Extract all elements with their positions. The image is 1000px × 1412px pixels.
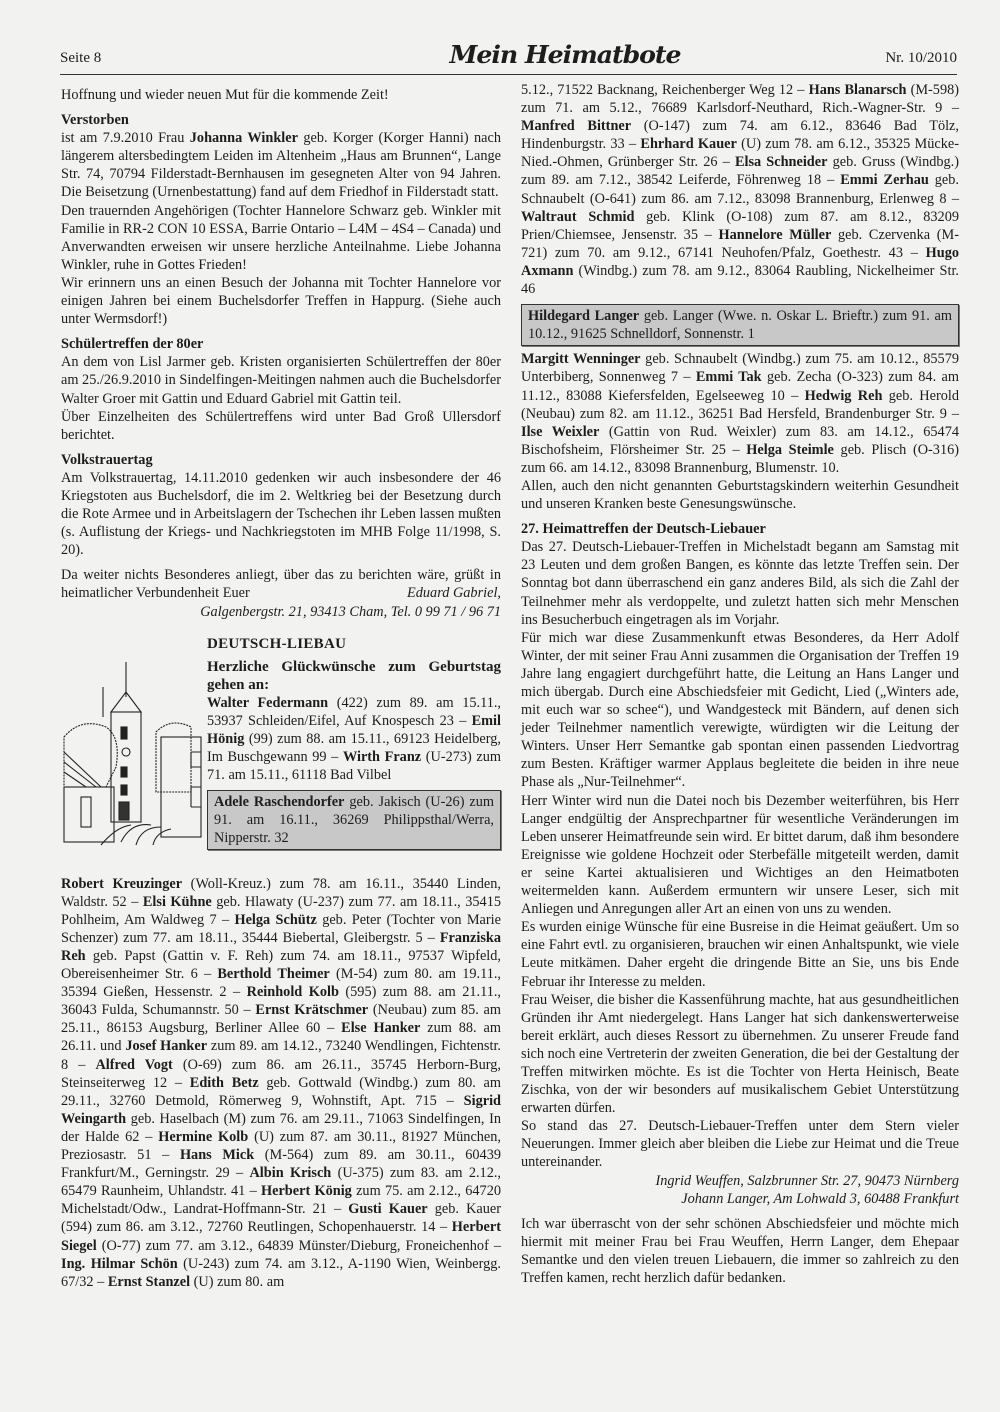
issue-number: Nr. 10/2010 — [885, 50, 957, 67]
person-name: Helga Schütz — [234, 912, 316, 928]
wishes-text: Allen, auch den nicht genannten Geburtst… — [521, 477, 959, 513]
person-name: Herbert König — [261, 1183, 352, 1199]
verstorben-p1: ist am 7.9.2010 Frau Johanna Winkler geb… — [61, 129, 501, 201]
person-name: Emmi Tak — [696, 369, 762, 385]
person-name: Edith Betz — [190, 1075, 259, 1091]
person-name: Adele Raschendorfer — [214, 794, 344, 810]
heimattreffen-p4: Es wurden einige Wünsche für eine Busrei… — [521, 918, 959, 990]
person-name: Margitt Wenninger — [521, 351, 641, 367]
signer-name: Eduard Gabriel, — [407, 584, 501, 602]
masthead-logo: Mein Heimatbote — [450, 40, 681, 69]
birthday-list-left: Robert Kreuzinger (Woll-Kreuz.) zum 78. … — [61, 875, 501, 1291]
birthday-list-right: 5.12., 71522 Backnang, Reichenberger Weg… — [521, 81, 959, 298]
person-name: Wirth Franz — [343, 749, 421, 765]
heimattreffen-heading: 27. Heimattreffen der Deutsch-Liebauer — [521, 520, 959, 538]
person-name: Ing. Hilmar Schön — [61, 1256, 178, 1272]
entry-text: (Windbg.) zum 78. am 9.12., 83064 Raubli… — [521, 263, 959, 297]
person-name: Waltraut Schmid — [521, 209, 634, 225]
birthday-list-more: Margitt Wenninger geb. Schnaubelt (Windb… — [521, 350, 959, 477]
heimattreffen-p6: So stand das 27. Deutsch-Liebauer-Treffe… — [521, 1117, 959, 1171]
left-column: Hoffnung und wieder neuen Mut für die ko… — [61, 86, 501, 1291]
volkstrauertag-p1: Am Volkstrauertag, 14.11.2010 gedenken w… — [61, 469, 501, 559]
schuelertreffen-heading: Schülertreffen der 80er — [61, 335, 501, 353]
entry-text: (U) zum 80. am — [190, 1274, 284, 1290]
person-name: Josef Hanker — [125, 1038, 207, 1054]
person-name: Hildegard Langer — [528, 308, 639, 324]
person-name: Reinhold Kolb — [247, 984, 339, 1000]
heimattreffen-p2: Für mich war diese Zusammenkunft etwas B… — [521, 629, 959, 792]
person-name: Hans Mick — [180, 1147, 254, 1163]
birthday-entries: Walter Federmann (422) zum 89. am 15.11.… — [207, 694, 501, 784]
verstorben-heading: Verstorben — [61, 111, 501, 129]
person-name: Emmi Zerhau — [840, 172, 929, 188]
person-name: Elsa Schneider — [735, 154, 828, 170]
person-name: Ehrhard Kauer — [640, 136, 736, 152]
heimattreffen-p3: Herr Winter wird nun die Datei noch bis … — [521, 792, 959, 919]
person-name: Helga Steimle — [746, 442, 834, 458]
birthday-greeting-heading: Herzliche Glückwünsche zum Geburtstag ge… — [207, 658, 501, 694]
entry-text: 5.12., 71522 Backnang, Reichenberger Weg… — [521, 82, 809, 98]
deutsch-liebau-title: DEUTSCH-LIEBAU — [207, 635, 501, 653]
signature-1: Ingrid Weuffen, Salzbrunner Str. 27, 904… — [521, 1172, 959, 1190]
intro-line: Hoffnung und wieder neuen Mut für die ko… — [61, 86, 501, 104]
person-name: Hermine Kolb — [158, 1129, 248, 1145]
text: ist am 7.9.2010 Frau — [61, 130, 190, 146]
person-name: Gusti Kauer — [348, 1201, 427, 1217]
person-name: Berthold Theimer — [217, 966, 329, 982]
heimattreffen-p1: Das 27. Deutsch-Liebauer-Treffen in Mich… — [521, 538, 959, 628]
schuelertreffen-p2: Über Einzelheiten des Schülertreffens wi… — [61, 408, 501, 444]
person-name: Hedwig Reh — [805, 388, 883, 404]
deutsch-liebau-text: DEUTSCH-LIEBAU Herzliche Glückwünsche zu… — [207, 635, 501, 855]
person-name: Robert Kreuzinger — [61, 876, 182, 892]
volkstrauertag-heading: Volkstrauertag — [61, 451, 501, 469]
thanks-text: Ich war überrascht von der sehr schönen … — [521, 1215, 959, 1287]
closing-text: Da weiter nichts Besonderes anliegt, übe… — [61, 566, 501, 602]
schuelertreffen-p1: An dem von Lisl Jarmer geb. Kristen orga… — [61, 353, 501, 407]
page-number: Seite 8 — [60, 50, 101, 67]
person-name: Elsi Kühne — [143, 894, 212, 910]
person-name: Hans Blanarsch — [809, 82, 907, 98]
person-name: Alfred Vogt — [95, 1057, 172, 1073]
deutsch-liebau-section: DEUTSCH-LIEBAU Herzliche Glückwünsche zu… — [61, 635, 501, 875]
person-name: Hannelore Müller — [719, 227, 832, 243]
verstorben-p3: Wir erinnern uns an einen Besuch der Joh… — [61, 274, 501, 328]
right-column: 5.12., 71522 Backnang, Reichenberger Weg… — [521, 81, 959, 1287]
signature-2: Johann Langer, Am Lohwald 3, 60488 Frank… — [521, 1190, 959, 1208]
person-name: Albin Krisch — [249, 1165, 331, 1181]
person-name: Manfred Bittner — [521, 118, 631, 134]
person-name: Ilse Weixler — [521, 424, 599, 440]
deceased-name: Johanna Winkler — [190, 130, 298, 146]
highlight-box-right: Hildegard Langer geb. Langer (Wwe. n. Os… — [521, 304, 959, 346]
verstorben-p2: Den trauernden Angehörigen (Tochter Hann… — [61, 202, 501, 274]
person-name: Else Hanker — [341, 1020, 420, 1036]
person-name: Walter Federmann — [207, 695, 328, 711]
person-name: Ernst Stanzel — [108, 1274, 190, 1290]
page-header: Seite 8 Mein Heimatbote Nr. 10/2010 — [60, 44, 957, 75]
highlight-box: Adele Raschendorfer geb. Jakisch (U-26) … — [207, 790, 501, 850]
entry-text: (O-77) zum 77. am 3.12., 64839 Münster/D… — [97, 1238, 501, 1254]
person-name: Ernst Krätschmer — [255, 1002, 368, 1018]
signer-address: Galgenbergstr. 21, 93413 Cham, Tel. 0 99… — [61, 603, 501, 621]
church-village-illustration — [61, 657, 206, 847]
heimattreffen-p5: Frau Weiser, die bisher die Kassenführun… — [521, 991, 959, 1118]
